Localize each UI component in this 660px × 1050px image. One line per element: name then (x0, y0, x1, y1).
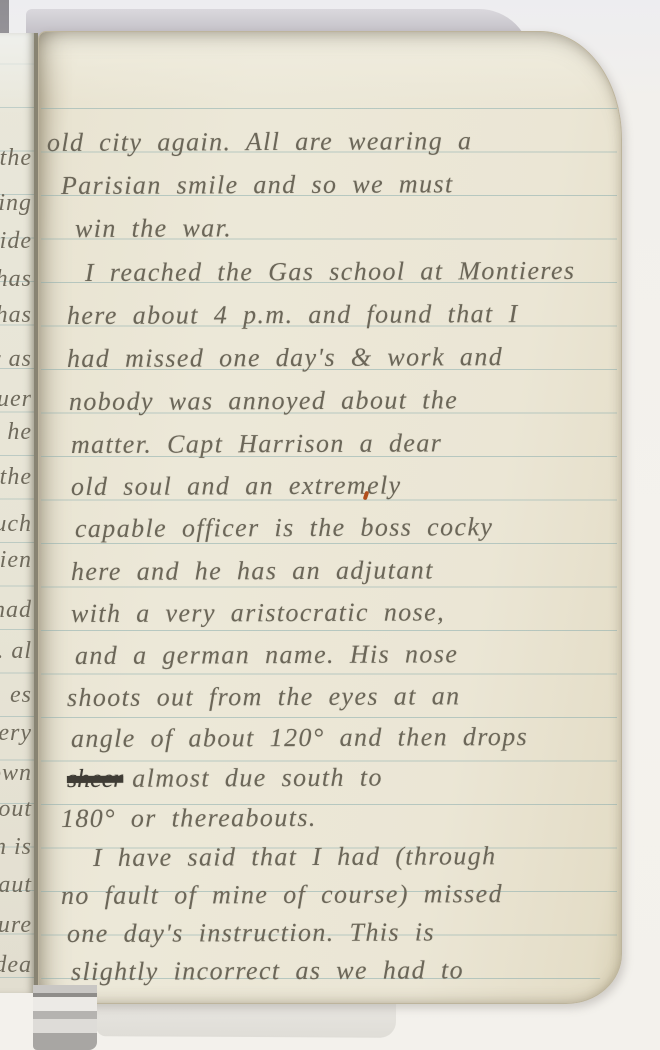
prev-page-fragment: ide (0, 227, 32, 255)
stacked-page-edges (33, 985, 97, 1050)
prev-page-fragment: l has (0, 301, 32, 329)
handwritten-line: old city again. All are wearing a (47, 125, 473, 159)
notebook-cover-bottom-edge (96, 1000, 396, 1038)
prev-page-fragment: he (7, 418, 32, 446)
handwritten-line: I reached the Gas school at Montieres (85, 255, 576, 289)
handwritten-line: had missed one day's & work and (67, 341, 503, 375)
prev-page-fragment: l the (0, 144, 32, 172)
prev-page-fragment: y as (0, 345, 32, 373)
handwritten-line: angle of about 120° and then drops (71, 721, 528, 755)
handwritten-line: old soul and an extremely (71, 470, 402, 503)
handwritten-line: here about 4 p.m. and found that I (67, 298, 519, 332)
handwritten-line: one day's instruction. This is (67, 916, 435, 950)
handwritten-line: Parisian smile and so we must (61, 168, 454, 202)
handwritten-text: almost due south to (132, 763, 383, 793)
prev-page-fragment: pure (0, 911, 32, 939)
notebook-photo: l the ring ide has l has y as uer he the… (0, 0, 660, 1050)
handwritten-line: and a german name. His nose (75, 638, 458, 672)
handwritten-line: no fault of mine of course) missed (61, 878, 503, 912)
scribbled-out-word: sheer (67, 764, 123, 793)
prev-page-fragment: uch (0, 510, 32, 538)
prev-page-fragment: uer (0, 385, 32, 413)
handwritten-line: 180° or thereabouts. (61, 802, 317, 835)
prev-page-fragment: es (10, 681, 32, 709)
handwritten-line: nobody was annoyed about the (69, 384, 458, 418)
handwritten-line: shoots out from the eyes at an (67, 680, 461, 714)
notebook-page: old city again. All are wearing a Parisi… (38, 31, 622, 1004)
prev-page-fragment: ohad (0, 596, 32, 624)
prev-page-fragment: beaut (0, 871, 32, 899)
prev-page-fragment: has (0, 265, 32, 293)
prev-page-fragment: the (0, 463, 32, 491)
previous-page-strip: l the ring ide has l has y as uer he the… (0, 33, 38, 993)
prev-page-fragment: about (0, 795, 32, 823)
prev-page-fragment: . al (0, 637, 32, 665)
handwritten-line: capable officer is the boss cocky (75, 511, 494, 545)
handwritten-line: sheeralmost due south to (67, 762, 383, 795)
prev-page-fragment: ien (0, 546, 32, 574)
handwritten-line: matter. Capt Harrison a dear (71, 427, 442, 461)
prev-page-fragment: dea (0, 951, 32, 979)
prev-page-fragment: ring (0, 189, 32, 217)
handwritten-line: with a very aristocratic nose, (71, 596, 445, 630)
prev-page-fragment: ery (0, 719, 32, 747)
handwritten-line: win the war. (75, 212, 232, 245)
handwritten-line: I have said that I had (through (93, 840, 497, 874)
prev-page-fragment: down (0, 759, 32, 787)
handwritten-line: slightly incorrect as we had to (71, 954, 464, 988)
prev-page-fragment: n is (0, 833, 32, 861)
handwritten-line: here and he has an adjutant (71, 554, 434, 588)
